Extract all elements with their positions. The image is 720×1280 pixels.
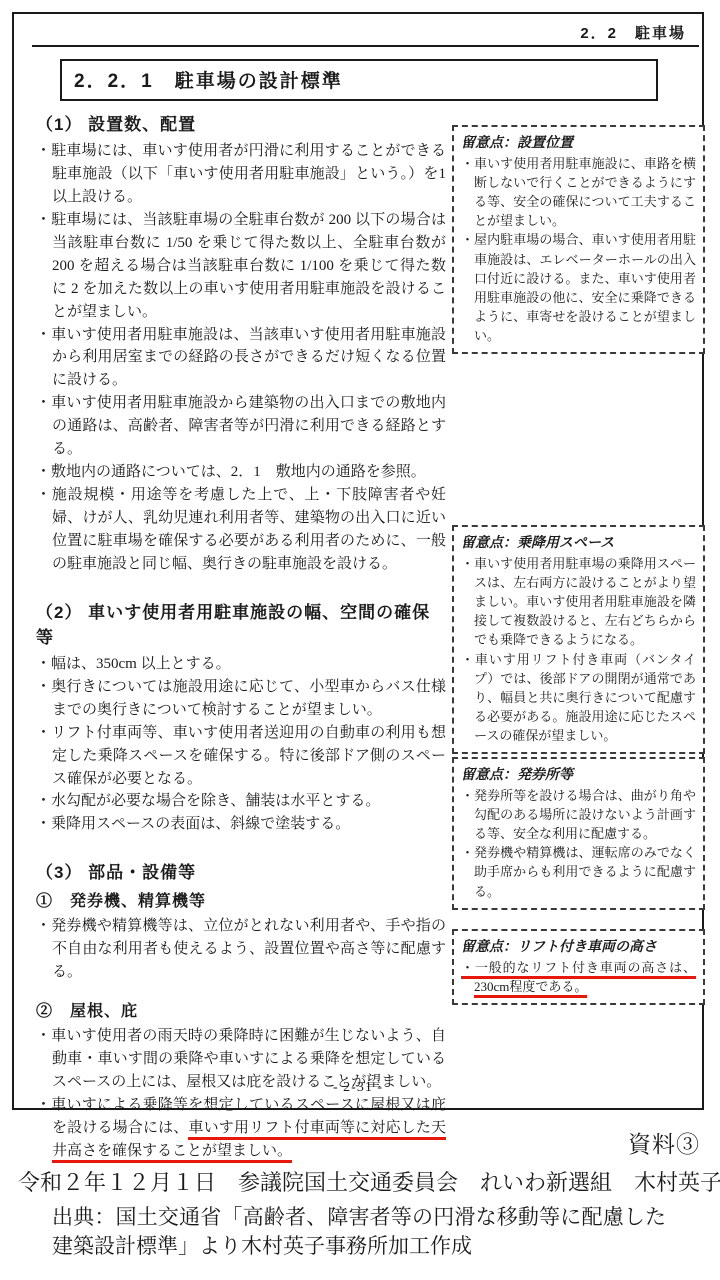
bullet-item: ・奥行きについては施設用途に応じて、小型車からバス仕様までの奥行きについて検討す…	[36, 676, 446, 722]
note-bullet: ・発券所等を設ける場合は、曲がり角や勾配のある場所に設けないよう計画する等、安全…	[461, 786, 696, 843]
page-frame: 2．2 駐車場 2．2．1 駐車場の設計標準 （1） 設置数、配置 ・駐車場には…	[12, 12, 704, 1110]
section-3-heading: （3） 部品・設備等	[36, 858, 446, 883]
header-rule	[32, 45, 699, 47]
page-title: 2．2．1 駐車場の設計標準	[60, 59, 658, 101]
note-box-secchi-ichi: 留意点：設置位置 ・車いす使用者用駐車施設に、車路を横断しないで行くことができる…	[452, 125, 705, 354]
section-3-sub-2-heading: ② 屋根、庇	[36, 998, 446, 1021]
note-title: 留意点：リフト付き車両の高さ	[461, 936, 696, 956]
section-1-heading: （1） 設置数、配置	[36, 110, 446, 135]
note-bullet: ・車いす使用者用駐車場の乗降用スペースは、左右両方に設けることがより望ましい。車…	[461, 554, 696, 650]
main-column: （1） 設置数、配置 ・駐車場には、車いす使用者が円滑に利用することができる駐車…	[36, 110, 446, 1163]
bullet-item: ・乗降用スペースの表面は、斜線で塗装する。	[36, 813, 446, 836]
document-page: { "page": { "header_right": "2．2 駐車場", "…	[0, 0, 720, 1280]
note-box-hakkenjo: 留意点：発券所等 ・発券所等を設ける場合は、曲がり角や勾配のある場所に設けないよ…	[452, 757, 705, 910]
red-underlined-text: ・一般的なリフト付き車両の高さは、230cm程度である。	[461, 960, 696, 998]
note-box-joko-space: 留意点：乗降用スペース ・車いす使用者用駐車場の乗降用スペースは、左右両方に設け…	[452, 525, 705, 754]
bullet-item: ・発券機や精算機等は、立位がとれない利用者や、手や指の不自由な利用者も使えるよう…	[36, 915, 446, 984]
note-box-lift-vehicle-height: 留意点：リフト付き車両の高さ ・一般的なリフト付き車両の高さは、230cm程度で…	[452, 929, 705, 1005]
note-bullet: ・発券機や精算機は、運転席のみでなく助手席からも利用できるように配慮する。	[461, 843, 696, 900]
note-bullet: ・車いす用リフト付き車両（バンタイプ）では、後部ドアの開閉が通常であり、幅員と共…	[461, 650, 696, 746]
bullet-item: ・水勾配が必要な場合を除き、舗装は水平とする。	[36, 790, 446, 813]
note-bullet-with-red-underline: ・一般的なリフト付き車両の高さは、230cm程度である。	[461, 958, 696, 996]
note-bullet: ・車いす使用者用駐車施設に、車路を横断しないで行くことができるようにする等、安全…	[461, 154, 696, 230]
bullet-item: ・敷地内の通路については、2．1 敷地内の通路を参照。	[36, 461, 446, 484]
note-title: 留意点：設置位置	[461, 132, 696, 152]
bullet-item: ・駐車場には、車いす使用者が円滑に利用することができる駐車施設（以下「車いす使用…	[36, 140, 446, 209]
bullet-item-with-red-underline: ・車いすによる乗降等を想定しているスペースに屋根又は庇を設ける場合には、車いす用…	[36, 1094, 446, 1163]
section-2-heading: （2） 車いす使用者用駐車施設の幅、空間の確保等	[36, 598, 446, 648]
bullet-item: ・リフト付車両等、車いす使用者送迎用の自動車の利用も想定した乗降スペースを確保す…	[36, 722, 446, 791]
attribution-line: 令和２年１２月１日 参議院国土交通委員会 れいわ新選組 木村英子	[18, 1166, 710, 1197]
note-bullet: ・屋内駐車場の場合、車いす使用者用駐車施設は、エレベーターホールの出入口付近に設…	[461, 230, 696, 345]
bullet-item: ・幅は、350cm 以上とする。	[36, 653, 446, 676]
page-number: - 2-31 -	[14, 1080, 702, 1096]
running-header: 2．2 駐車場	[580, 22, 686, 43]
source-citation: 出典：国土交通省「高齢者、障害者等の円滑な移動等に配慮した建築設計標準」より木村…	[52, 1203, 666, 1262]
bullet-item: ・車いす使用者用駐車施設は、当該車いす使用者用駐車施設から利用居室までの経路の長…	[36, 324, 446, 393]
bullet-item: ・駐車場には、当該駐車場の全駐車台数が 200 以下の場合は当該駐車台数に 1/…	[36, 209, 446, 324]
bullet-item: ・施設規模・用途等を考慮した上で、上・下肢障害者や妊婦、けが人、乳幼児連れ利用者…	[36, 484, 446, 576]
note-title: 留意点：乗降用スペース	[461, 532, 696, 552]
bullet-item: ・車いす使用者用駐車施設から建築物の出入口までの敷地内の通路は、高齢者、障害者等…	[36, 392, 446, 461]
note-title: 留意点：発券所等	[461, 764, 696, 784]
material-number-label: 資料③	[628, 1126, 700, 1159]
section-3-sub-1-heading: ① 発券機、精算機等	[36, 888, 446, 911]
